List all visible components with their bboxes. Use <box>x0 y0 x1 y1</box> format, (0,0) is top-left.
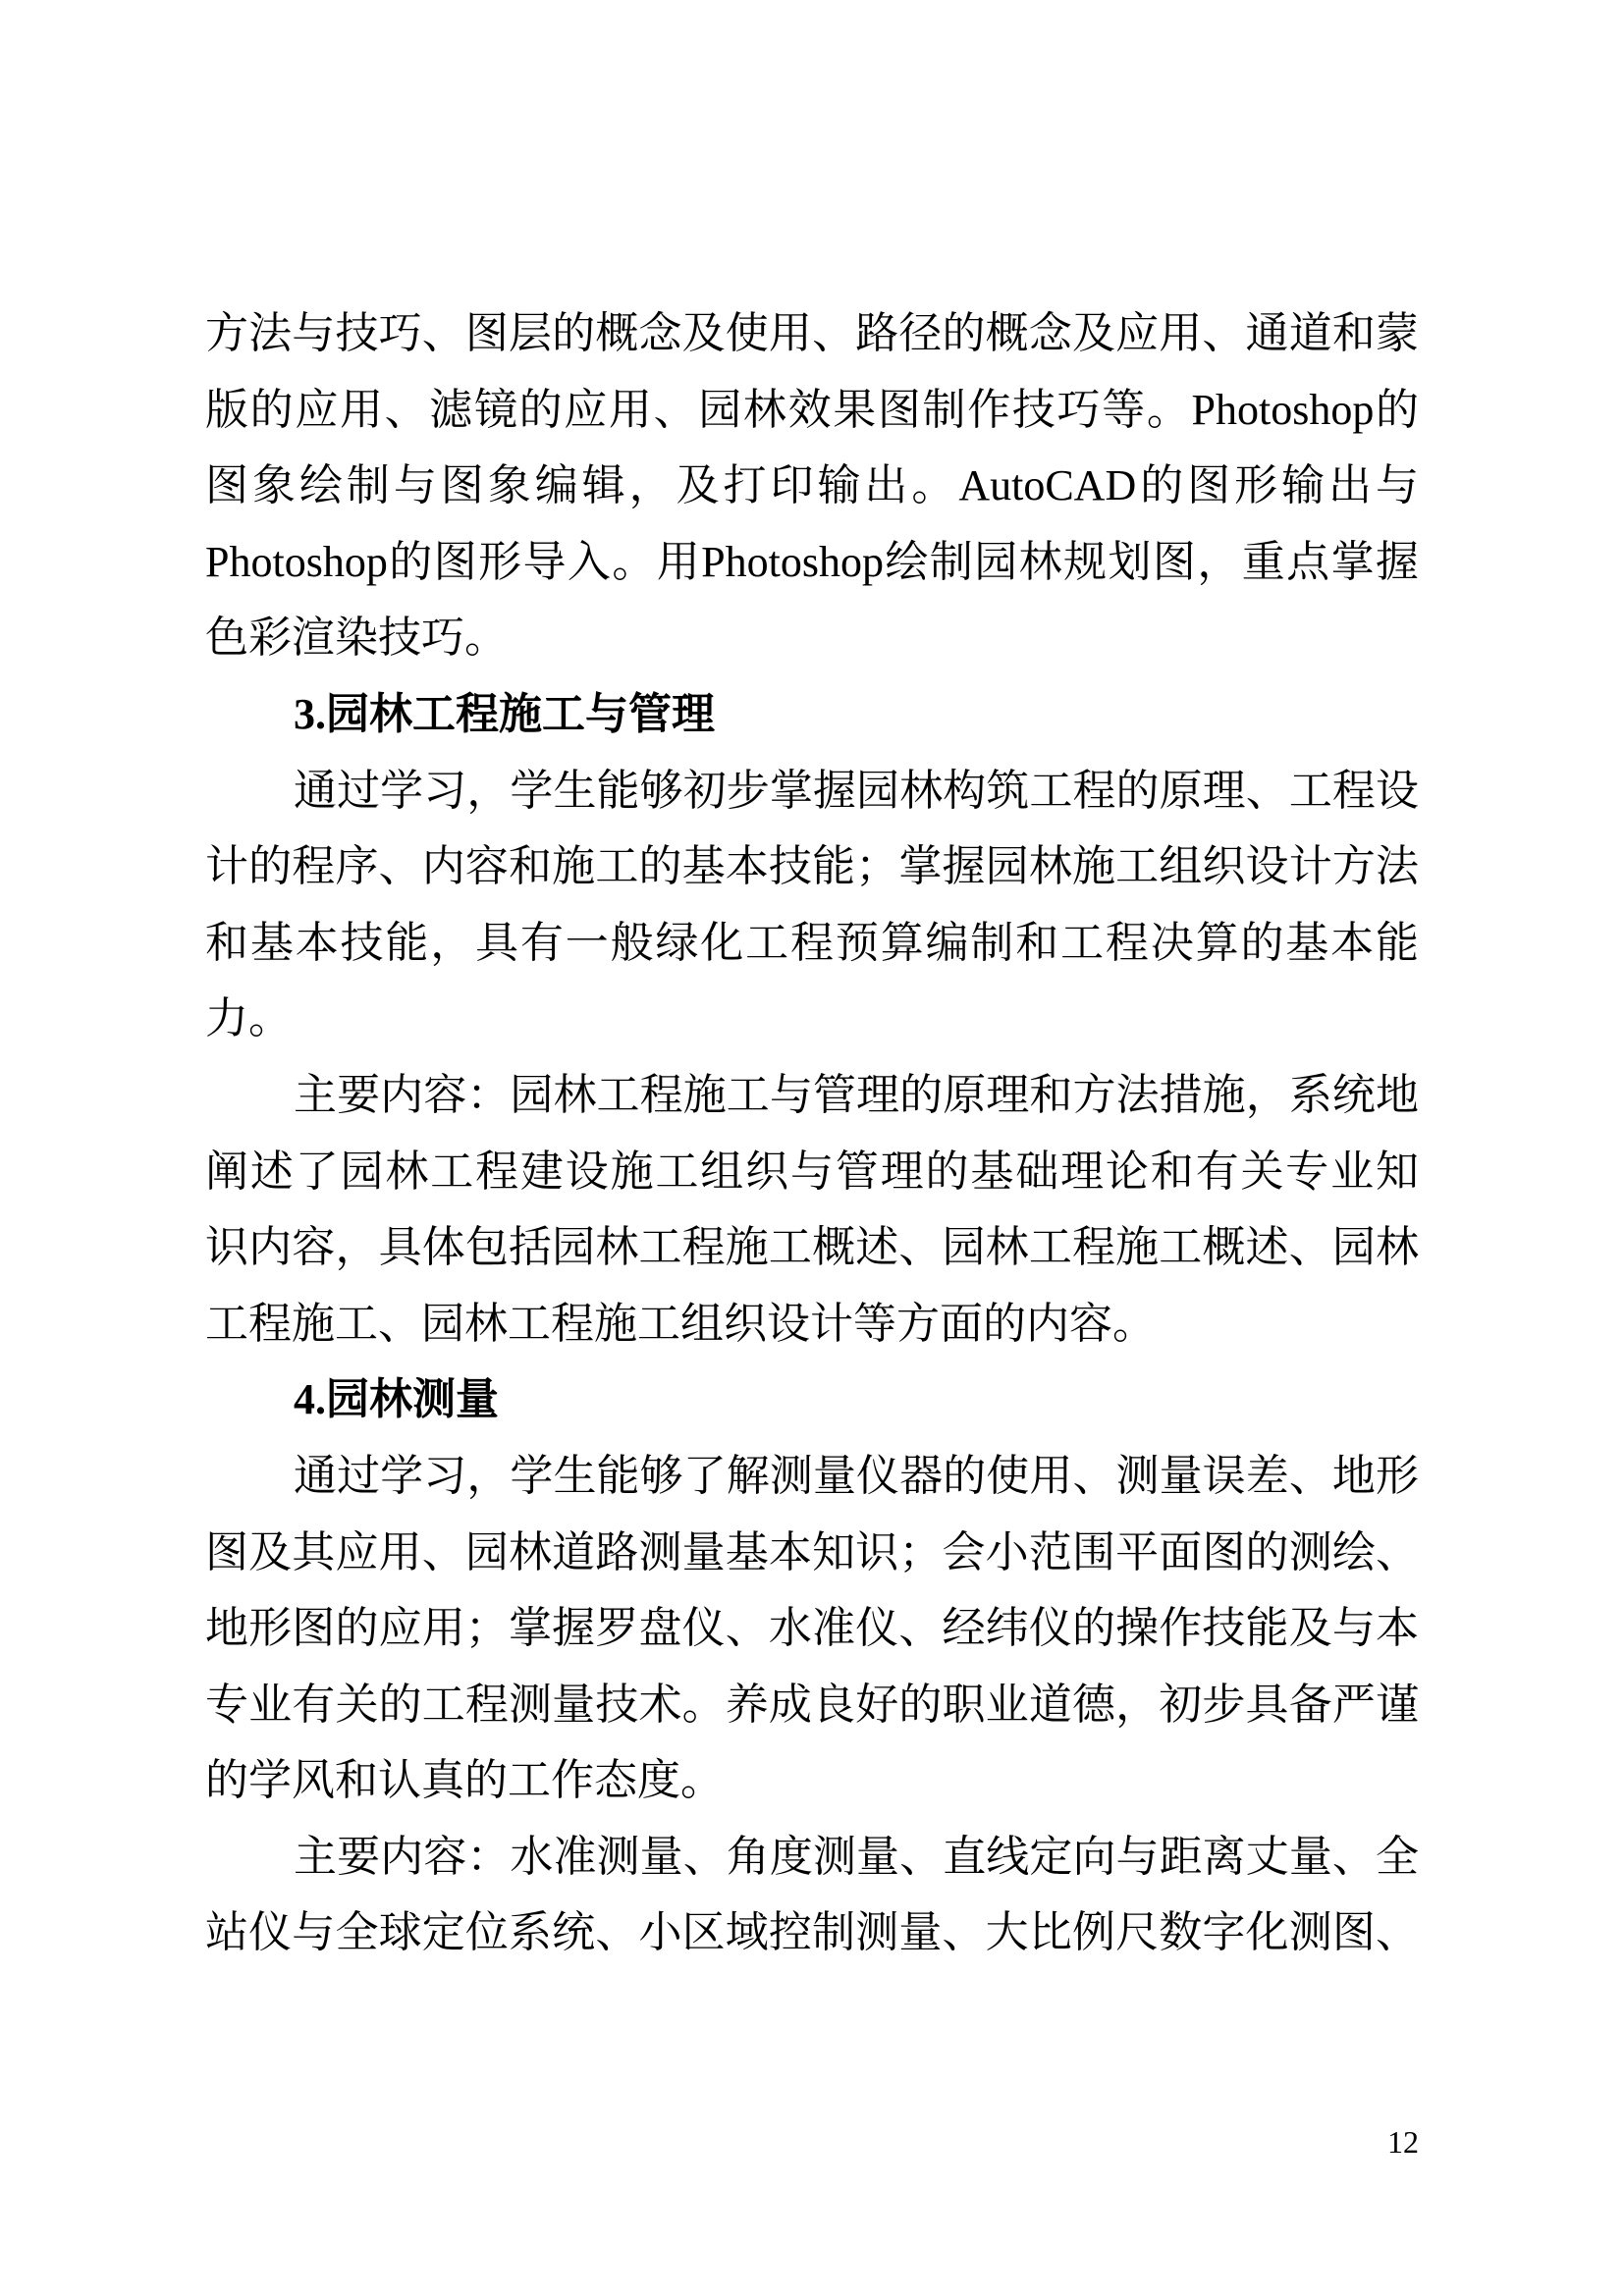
body-text-line: 力。 <box>205 981 1419 1057</box>
body-text-line: 色彩渲染技巧。 <box>205 600 1419 676</box>
body-text-line: 图及其应用、园林道路测量基本知识；会小范围平面图的测绘、 <box>205 1515 1419 1591</box>
body-text-line: 工程施工、园林工程施工组织设计等方面的内容。 <box>205 1286 1419 1362</box>
document-page: 方法与技巧、图层的概念及使用、路径的概念及应用、通道和蒙 版的应用、滤镜的应用、… <box>0 0 1624 2296</box>
body-text-line: 识内容，具体包括园林工程施工概述、园林工程施工概述、园林 <box>205 1209 1419 1286</box>
body-text-line: 计的程序、内容和施工的基本技能；掌握园林施工组织设计方法 <box>205 828 1419 905</box>
body-text-line: 主要内容：园林工程施工与管理的原理和方法措施，系统地 <box>205 1057 1419 1134</box>
text-column: 方法与技巧、图层的概念及使用、路径的概念及应用、通道和蒙 版的应用、滤镜的应用、… <box>205 295 1419 1971</box>
body-text-line: 通过学习，学生能够初步掌握园林构筑工程的原理、工程设 <box>205 753 1419 829</box>
body-text-line: 的学风和认真的工作态度。 <box>205 1742 1419 1819</box>
body-text-line: 专业有关的工程测量技术。养成良好的职业道德，初步具备严谨 <box>205 1667 1419 1743</box>
body-text-line: 阐述了园林工程建设施工组织与管理的基础理论和有关专业知 <box>205 1134 1419 1210</box>
section-heading-4-surveying: 4.园林测量 <box>205 1362 1419 1438</box>
body-text-line: 和基本技能，具有一般绿化工程预算编制和工程决算的基本能 <box>205 905 1419 982</box>
body-text-line: 地形图的应用；掌握罗盘仪、水准仪、经纬仪的操作技能及与本 <box>205 1590 1419 1667</box>
body-text-line: 方法与技巧、图层的概念及使用、路径的概念及应用、通道和蒙 <box>205 295 1419 372</box>
body-text-line: 主要内容：水准测量、角度测量、直线定向与距离丈量、全 <box>205 1819 1419 1896</box>
body-text-line: 版的应用、滤镜的应用、园林效果图制作技巧等。Photoshop的 <box>205 372 1419 449</box>
body-text-line: 图象绘制与图象编辑，及打印输出。AutoCAD的图形输出与 <box>205 448 1419 524</box>
page-number: 12 <box>1370 2122 1419 2162</box>
body-text-line: Photoshop的图形导入。用Photoshop绘制园林规划图，重点掌握 <box>205 524 1419 601</box>
body-text-line: 站仪与全球定位系统、小区域控制测量、大比例尺数字化测图、 <box>205 1895 1419 1971</box>
body-text-line: 通过学习，学生能够了解测量仪器的使用、测量误差、地形 <box>205 1438 1419 1515</box>
section-heading-3-construction: 3.园林工程施工与管理 <box>205 676 1419 753</box>
